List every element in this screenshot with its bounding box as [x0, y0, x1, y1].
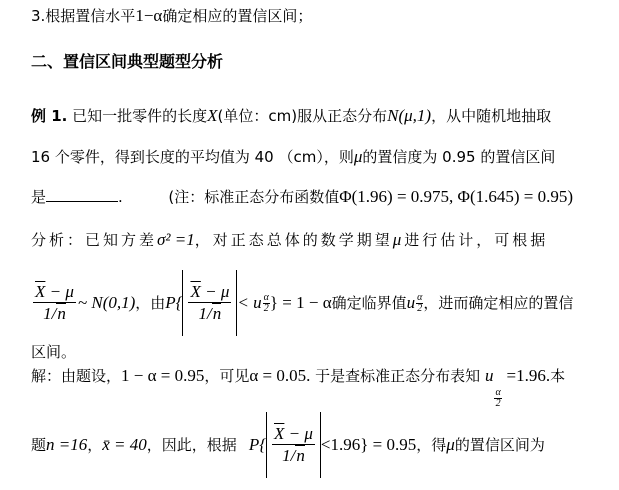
analysis-line-2: X − μ 1/n ~ N(0,1) ，由 P{ X − μ 1/n < uα2… [31, 270, 573, 336]
text: 的置信区间为 [455, 435, 545, 455]
u: u [407, 293, 416, 313]
alpha-over-2: α2 [263, 293, 270, 314]
text: 进行估计，可根据 [404, 231, 548, 249]
text: 本 [550, 367, 565, 385]
text: 2 [496, 399, 501, 409]
text: . [118, 188, 123, 206]
solution-line-1: 解：由题设，1 − α = 0.95，可见α = 0.05. 于是查标准正态分布… [31, 366, 565, 409]
expr: =1.96. [506, 366, 550, 385]
expr: 1 − α = 0.95 [121, 366, 204, 385]
step-3-line: 3.根据置信水平1−α确定相应的置信区间； [31, 6, 312, 26]
text: 于是查标准正态分布表知 [315, 367, 480, 385]
example-label: 例 1. [31, 107, 67, 125]
variance-expr: σ² =1 [157, 230, 195, 249]
text: 解：由题设， [31, 367, 121, 385]
text: ，得 [416, 435, 446, 455]
expr: α = 0.05. [249, 366, 310, 385]
normal-dist: N(μ,1) [387, 106, 431, 125]
example-line-3: 是. (注：标准正态分布函数值Φ(1.96) = 0.975, Φ(1.645)… [31, 187, 573, 207]
text: ，由 [135, 293, 165, 313]
phi-values: Φ(1.96) = 0.975, Φ(1.645) = 0.95) [339, 187, 573, 206]
example-line-2: 16 个零件，得到长度的平均值为 40 （cm），则μ的置信度为 0.95 的置… [31, 147, 555, 167]
solution-line-2: 题 n =16 ， x̄ = 40 ，因此，根据 P{ X − μ 1/n <1… [31, 412, 545, 478]
text: ，可见 [204, 367, 249, 385]
example-line-1: 例 1. 已知一批零件的长度X(单位：cm)服从正态分布N(μ,1)，从中随机地… [31, 106, 551, 126]
expr: n =16 [46, 435, 87, 455]
note-text: (注：标准正态分布函数值 [168, 188, 339, 206]
text: 1 [43, 304, 52, 323]
text: 题 [31, 435, 46, 455]
text: 的置信度为 0.95 的置信区间 [362, 148, 555, 166]
mu: μ [393, 230, 405, 249]
text: α [416, 293, 423, 304]
section-heading: 二、置信区间典型题型分析 [31, 52, 223, 72]
mu: μ [446, 435, 455, 455]
u: u [485, 366, 494, 385]
analysis-line-1: 分析：已知方差σ² =1，对正态总体的数学期望μ进行估计，可根据 [31, 230, 548, 250]
text: 分析：已知方差 [31, 231, 157, 249]
text: ，进而确定相应的置信 [423, 293, 573, 313]
text: ，从中随机地抽取 [431, 107, 551, 125]
text: n [56, 303, 66, 323]
analysis-line-3: 区间。 [31, 342, 76, 362]
standardized-fraction: X − μ 1/n [33, 282, 76, 325]
expr: x̄ = 40 [102, 435, 147, 455]
rhs: } = 1 − α [270, 293, 332, 313]
prob-p: P{ [165, 293, 182, 313]
step-3-prefix: 3.根据置信水平 [31, 7, 135, 25]
text: 16 个零件，得到长度的平均值为 40 （cm），则 [31, 148, 354, 166]
text: (单位：cm)服从正态分布 [218, 107, 388, 125]
one-minus-alpha: 1−α [135, 6, 162, 25]
answer-blank [46, 187, 118, 202]
text: ， [87, 435, 102, 455]
text: 已知一批零件的长度 [72, 107, 207, 125]
lt-u: < u [237, 293, 261, 313]
text: 确定临界值 [332, 293, 407, 313]
abs-fraction: X − μ 1/n [266, 412, 321, 478]
alpha-over-2: α2 [494, 388, 501, 409]
step-3-suffix: 确定相应的置信区间； [162, 7, 312, 25]
abs-fraction: X − μ 1/n [182, 270, 237, 336]
text: 2 [417, 304, 422, 314]
text: α [263, 293, 270, 304]
text: 2 [264, 304, 269, 314]
expr: <1.96} = 0.95 [321, 435, 416, 455]
text: ，对正态总体的数学期望 [195, 231, 393, 249]
text: 是 [31, 188, 46, 206]
alpha-over-2: α2 [416, 293, 423, 314]
prob-p: P{ [249, 435, 266, 455]
dist-n01: ~ N(0,1) [78, 293, 135, 313]
var-x: X [207, 106, 217, 125]
text: ，因此，根据 [147, 435, 237, 455]
